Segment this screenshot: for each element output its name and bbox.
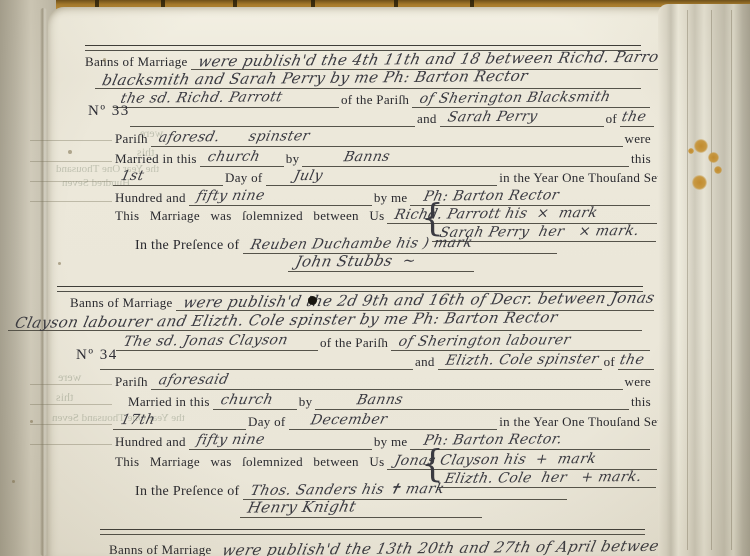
month-field: December: [289, 411, 498, 430]
printed-label-of-the-parish: of the Pariſh: [339, 92, 412, 108]
handwritten-decade: fifty nine: [195, 432, 266, 449]
printed-label-married-in-this: Married in this: [126, 394, 213, 410]
officiant-field: Ph: Barton Rector.: [410, 431, 650, 450]
handwritten-banns: Banns: [356, 392, 405, 408]
handwritten-bride: Sarah Perry: [446, 109, 539, 126]
handwritten-banns: Banns: [343, 149, 392, 165]
by-banns-field: Banns: [302, 148, 629, 167]
page-edge-stack: [658, 4, 750, 556]
printed-label-hundred-and: Hundred and: [113, 190, 189, 206]
banns-continued-field: blacksmith and Sarah Perry by me Ph: Bar…: [95, 69, 641, 89]
paper-speck: [12, 480, 15, 483]
witness2-field: Henry Knight: [240, 498, 482, 518]
page-edge-line: [687, 10, 688, 550]
printed-label-solemnized: This Marriage was ſolemnized between Us: [113, 208, 387, 224]
printed-label-of-the-parish: of the Pariſh: [318, 335, 391, 351]
ink-stain: [714, 166, 722, 174]
groom-abode-field: of Sherington Blacksmith: [412, 89, 650, 108]
printed-label-by-me: by me: [372, 434, 411, 450]
paper-speck: [68, 150, 72, 154]
officiant-field: Ph: Barton Rector: [410, 187, 650, 206]
handwritten-banns-line1: were publish'd the 2d 9th and 16th of De…: [181, 289, 656, 312]
ink-stain: [708, 152, 719, 163]
handwritten-banns-line2: blacksmith and Sarah Perry by me Ph: Bar…: [101, 67, 530, 89]
handwritten-groom: the sd. Richd. Parrott: [119, 89, 284, 107]
printed-label-day-of: Day of: [246, 414, 289, 430]
handwritten-condition: aforesaid: [157, 372, 230, 389]
paper-speck: [30, 420, 33, 423]
spine-crease: [40, 8, 47, 556]
printed-label-day-of: Day of: [223, 170, 266, 186]
printed-label-of: of: [604, 111, 620, 127]
banns-continued-field: Clayson labourer and Elizth. Cole spinst…: [8, 311, 642, 331]
groom-name-field: the sd. Richd. Parrott: [113, 89, 339, 108]
printed-label-by-me: by me: [372, 190, 411, 206]
entry-number-33: Nº 33: [88, 103, 130, 120]
handwritten-church: church: [206, 149, 261, 166]
printed-label-were: were: [623, 131, 654, 147]
page-edge-line: [711, 10, 712, 550]
printed-label-this: this: [629, 394, 654, 410]
wood-grain-mark: [95, 0, 99, 7]
handwritten-banns-line1: were publish'd the 13th 20th and 27th of…: [220, 537, 670, 556]
handwritten-church: church: [219, 392, 274, 409]
printed-label-presence: In the Preſence of: [133, 484, 243, 500]
banns-dates-field: were publish'd the 2d 9th and 16th of De…: [176, 291, 654, 311]
year-field: fifty nine: [189, 187, 372, 206]
witness2-field: John Stubbs ~: [288, 252, 474, 272]
ink-stain: [694, 139, 708, 153]
handwritten-day: 17th: [119, 412, 157, 428]
printed-label-year: in the Year One Thouſand Seven: [497, 414, 680, 430]
wood-grain-mark: [394, 0, 398, 7]
page-edge-line: [731, 10, 732, 550]
day-field: 17th: [113, 411, 246, 430]
handwritten-day: 1st: [119, 168, 146, 184]
handwritten-witness2: John Stubbs ~: [294, 251, 418, 270]
handwritten-bride: Elizth. Cole spinster: [444, 351, 600, 369]
photographed-register-page: were this the Year One Thousand Hundred …: [0, 0, 750, 556]
margin-rule: [30, 424, 112, 425]
printed-label-married-in-this: Married in this: [113, 151, 200, 167]
margin-rule: [30, 161, 112, 162]
bride-name-field: Elizth. Cole spinster: [438, 351, 602, 370]
parish-field: aforesaid: [151, 371, 623, 390]
margin-rule: [30, 181, 112, 182]
wood-grain-mark: [311, 0, 315, 7]
printed-label-and: and: [413, 354, 438, 370]
printed-label-this: this: [629, 151, 654, 167]
handwritten-month: December: [309, 412, 389, 429]
ink-stain: [692, 175, 707, 190]
by-banns-field: Banns: [315, 391, 629, 410]
the-field: the: [620, 108, 654, 127]
printed-label-banns: Banns of Marriage: [68, 295, 176, 311]
paper-speck: [103, 58, 106, 62]
printed-label-of: of: [602, 354, 618, 370]
month-field: July: [266, 167, 498, 186]
printed-label-hundred-and: Hundred and: [113, 434, 189, 450]
printed-label-by: by: [297, 394, 316, 410]
printed-label-by: by: [284, 151, 303, 167]
bleedthrough-text: were: [58, 370, 81, 385]
printed-label-year: in the Year One Thouſand Seven: [497, 170, 680, 186]
wood-grain-mark: [233, 0, 237, 7]
printed-label-presence: In the Preſence of: [133, 238, 243, 254]
ink-stain: [688, 148, 694, 154]
printed-label-were: were: [623, 374, 654, 390]
handwritten-month: July: [292, 168, 324, 184]
wood-grain-mark: [161, 0, 165, 7]
church-field: church: [200, 148, 284, 167]
handwritten-banns-line2: Clayson labourer and Elizth. Cole spinst…: [13, 308, 559, 332]
empty-field: [100, 354, 413, 370]
handwritten-witness2: Henry Knight: [246, 497, 358, 516]
groom-name-field: The sd. Jonas Clayson: [116, 332, 318, 351]
printed-label-banns: Banns of Marriage: [83, 54, 191, 70]
margin-rule: [30, 444, 112, 445]
handwritten-condition: aforesd. spinster: [157, 128, 311, 146]
church-field: church: [213, 391, 297, 410]
handwritten-the: the: [620, 109, 648, 125]
printed-label-solemnized: This Marriage was ſolemnized between Us: [113, 454, 387, 470]
bleedthrough-text: this: [56, 390, 73, 405]
paper-speck: [58, 262, 61, 265]
wood-grain-mark: [470, 0, 474, 7]
handwritten-witness1: Reuben Duchambe his ) mark: [249, 235, 474, 253]
empty-field: [130, 111, 415, 127]
handwritten-groom: The sd. Jonas Clayson: [122, 332, 290, 350]
banns-dates-field: were publish'd the 13th 20th and 27th of…: [215, 539, 668, 556]
handwritten-abode: of Sherington Blacksmith: [418, 89, 612, 107]
year-field: fifty nine: [189, 431, 372, 450]
the-field: the: [618, 351, 654, 370]
handwritten-witness1: Thos. Sanders his ✝ mark: [249, 481, 446, 499]
printed-label-parish: Pariſh: [113, 131, 151, 147]
printed-label-parish: Pariſh: [113, 374, 151, 390]
margin-rule: [30, 384, 112, 385]
groom-abode-field: of Sherington labourer: [391, 332, 650, 351]
handwritten-abode: of Sherington labourer: [397, 332, 572, 350]
parish-field: aforesd. spinster: [151, 128, 623, 147]
margin-rule: [30, 404, 112, 405]
handwritten-the: the: [618, 352, 646, 368]
handwritten-decade: fifty nine: [195, 188, 266, 205]
ink-blot: [308, 296, 317, 305]
margin-rule: [30, 140, 112, 141]
margin-rule: [30, 201, 112, 202]
printed-label-and: and: [415, 111, 440, 127]
printed-label-banns: Banns of Marriage: [107, 542, 215, 556]
day-field: 1st: [113, 167, 223, 186]
bride-name-field: Sarah Perry: [440, 108, 604, 127]
double-rule: [100, 529, 645, 535]
